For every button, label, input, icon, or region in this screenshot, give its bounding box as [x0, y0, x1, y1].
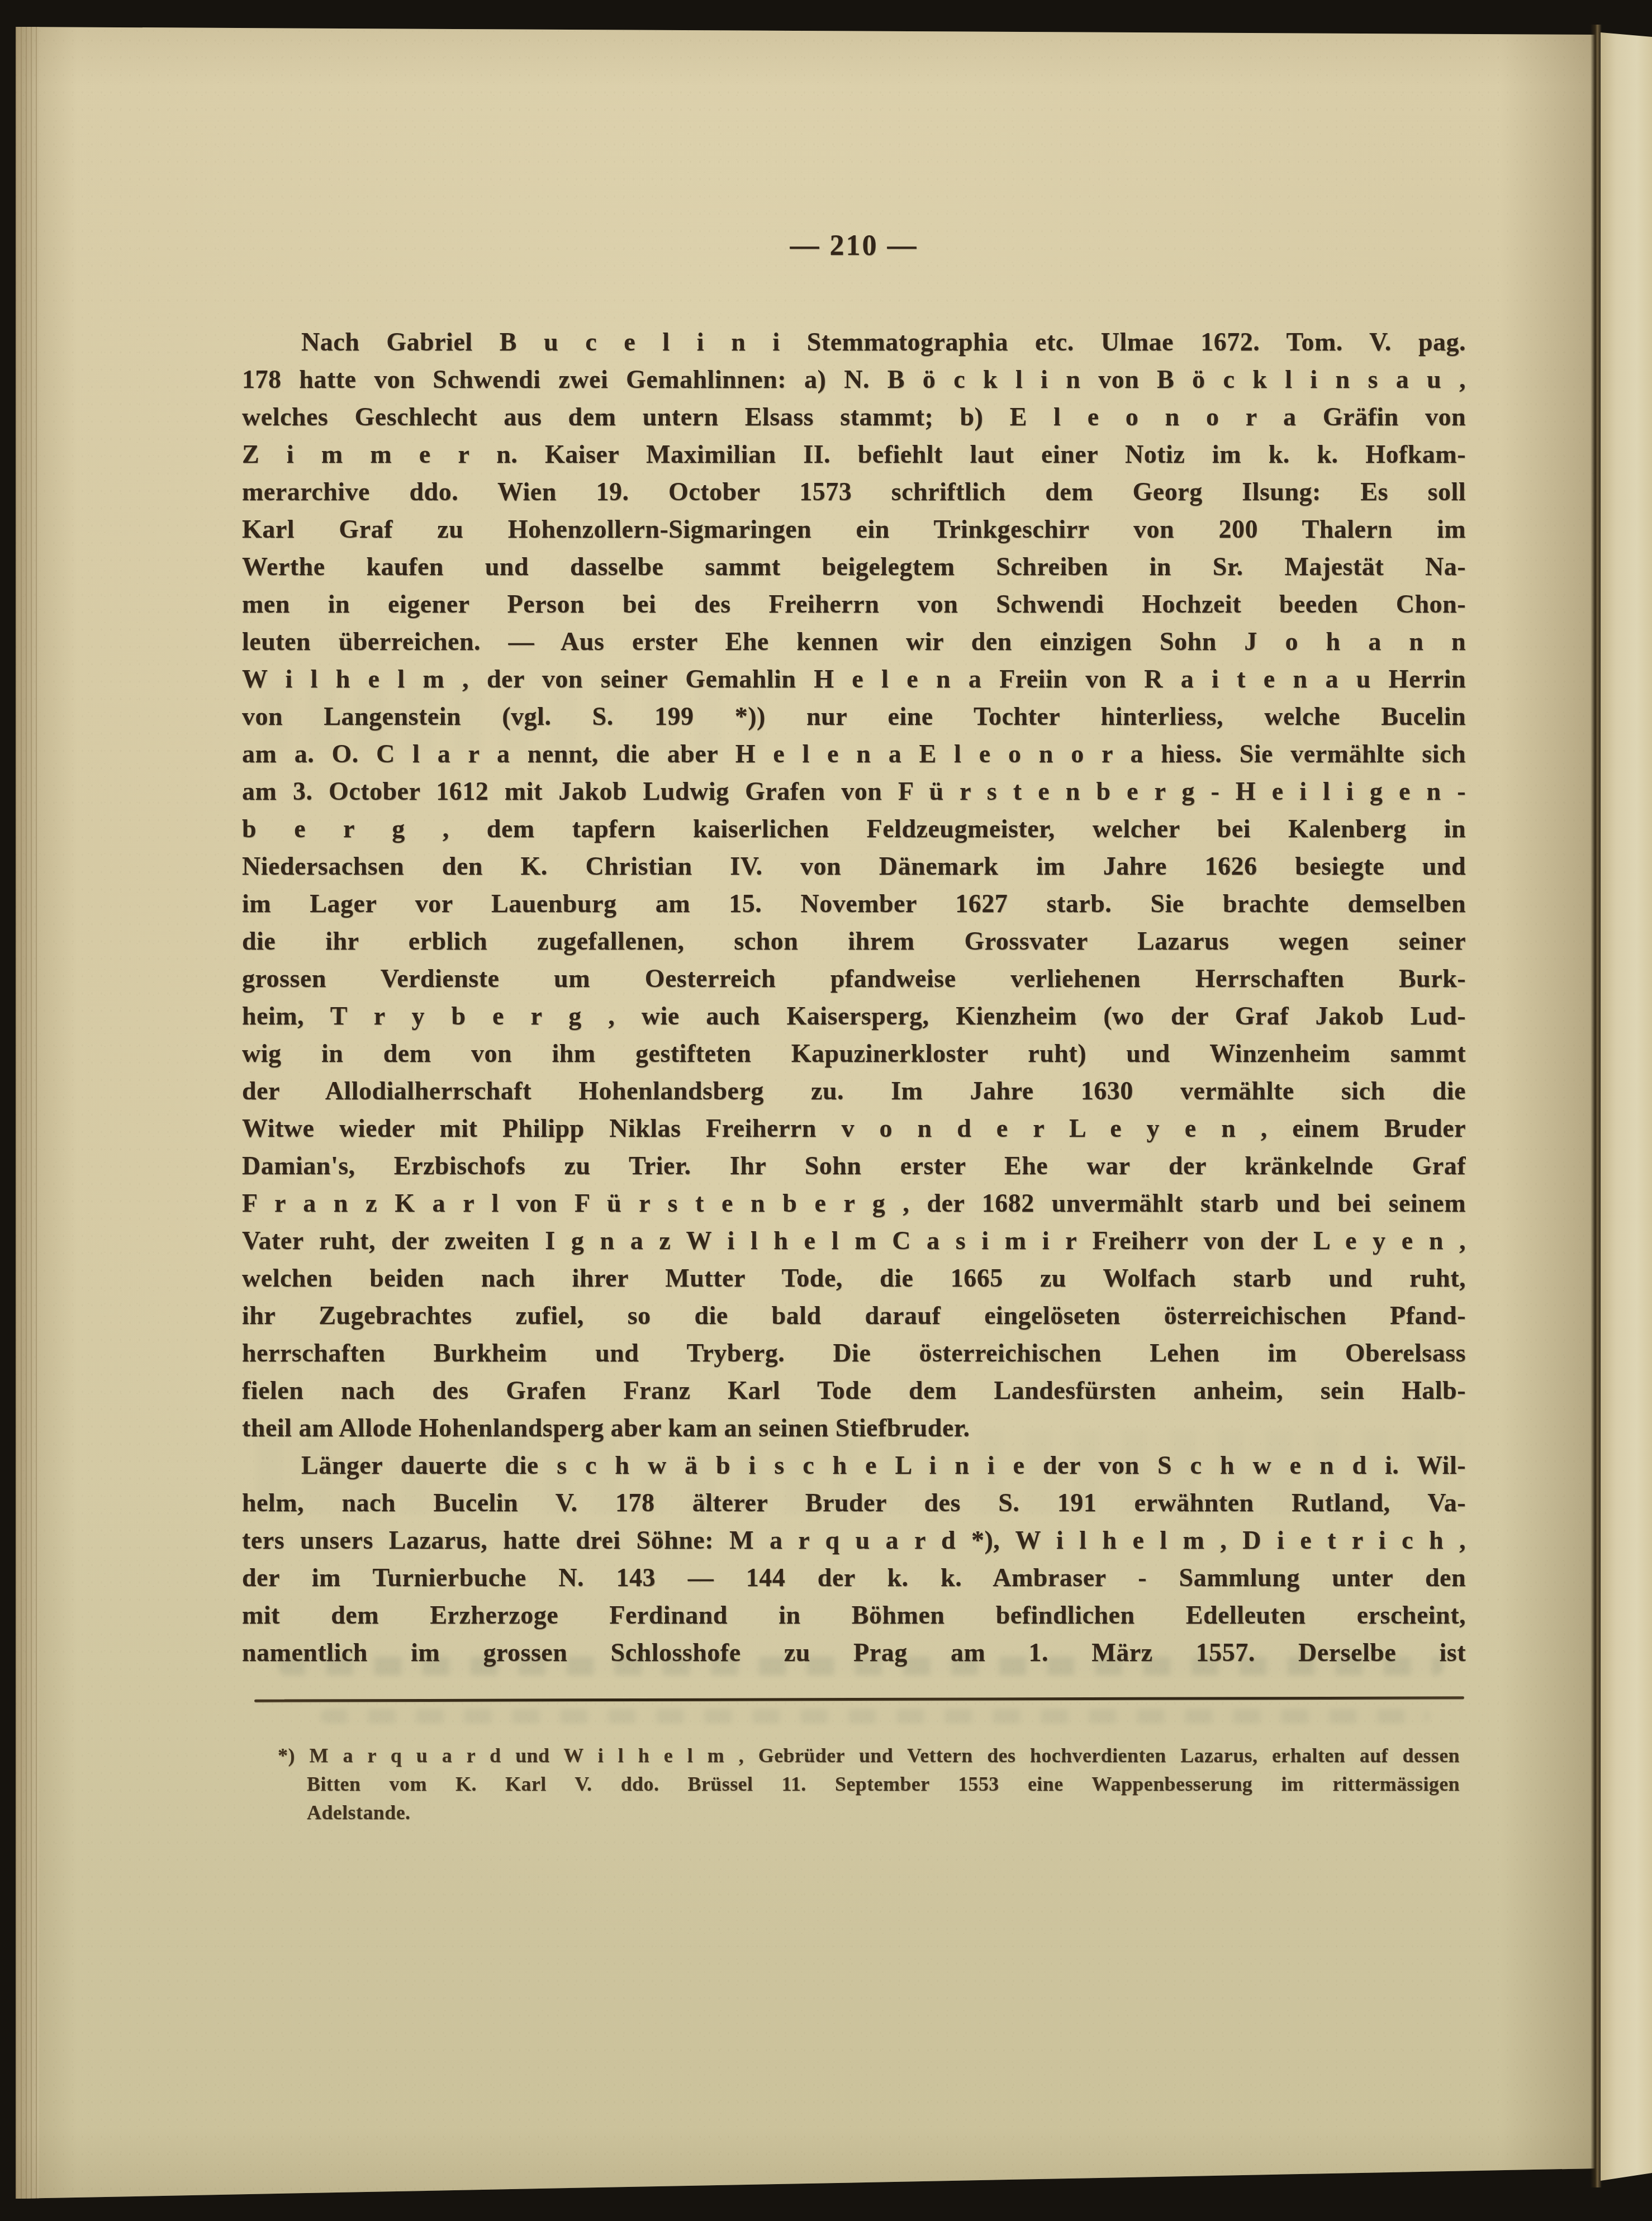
book-scan-screenshot: { "scan": { "background_color": "#16130e… — [0, 0, 1652, 2221]
next-page-edge — [1601, 32, 1652, 2183]
page-vignette-shading — [16, 25, 1595, 2200]
book-page: — 210 — Nach Gabriel B u c e l i n i Ste… — [16, 25, 1595, 2200]
book-gutter-fold — [1591, 25, 1602, 2187]
scanner-background: — 210 — Nach Gabriel B u c e l i n i Ste… — [0, 0, 1652, 2221]
